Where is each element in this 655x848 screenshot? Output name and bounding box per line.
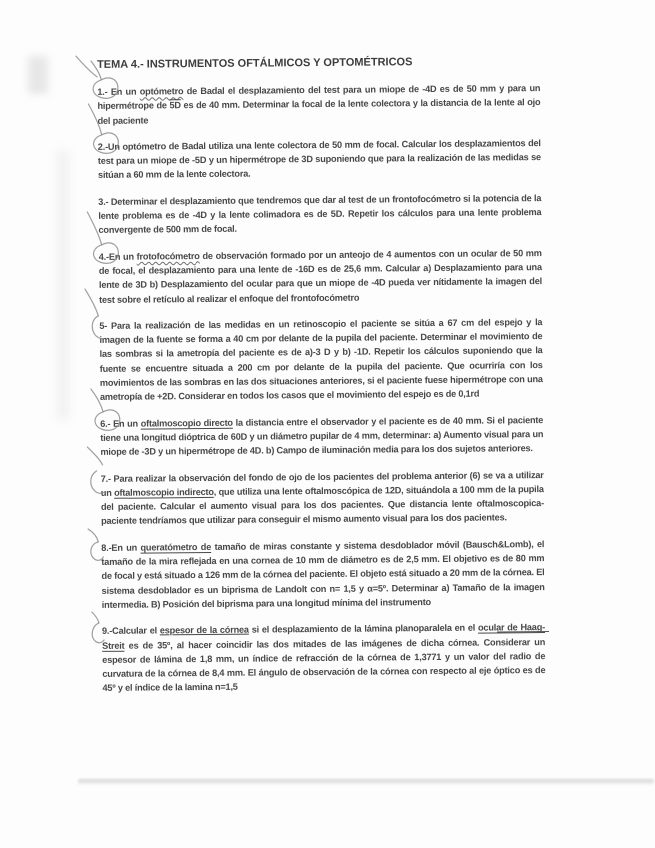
problem-4-text: En un bbox=[109, 251, 137, 261]
problem-7: 7.- Para realizar la observación del fon… bbox=[101, 468, 544, 529]
scan-smudge-top-left bbox=[28, 56, 48, 94]
scanned-document-page: { "page": { "title": "TEMA 4.- INSTRUMEN… bbox=[0, 0, 655, 848]
problem-7-number: 7.- bbox=[101, 471, 111, 485]
pen-underline-extension bbox=[497, 631, 549, 632]
problem-6-text: En un bbox=[110, 418, 140, 428]
underlined-term-oftalmoscopio-directo: oftalmoscopio directo bbox=[141, 417, 233, 428]
problem-6: 6.- En un oftalmoscopio directo la dista… bbox=[100, 413, 543, 460]
problem-1-text: En un bbox=[107, 87, 139, 97]
document-title-text: TEMA 4.- INSTRUMENTOS OFTÁLMICOS Y OPTOM… bbox=[97, 56, 412, 71]
scan-smudge-left-margin bbox=[57, 150, 69, 420]
problem-5-number: 5- bbox=[99, 319, 107, 333]
problem-4-number: 4.- bbox=[99, 250, 109, 264]
problem-1-number: 1.- bbox=[97, 85, 107, 99]
problem-6-number: 6.- bbox=[100, 416, 110, 430]
problem-8-number: 8.- bbox=[101, 541, 111, 555]
overlined-value-5d: 5D bbox=[169, 101, 180, 111]
paper-background: TEMA 4.- INSTRUMENTOS OFTÁLMICOS Y OPTOM… bbox=[0, 0, 655, 848]
underlined-term-frotofocometro: frotofocómetro bbox=[137, 251, 200, 262]
scan-shadow-bottom-edge bbox=[78, 779, 654, 785]
problem-2: 2.-Un optómetro de Badal utiliza una len… bbox=[98, 136, 541, 183]
problem-5-text: Para la realización de las medidas en un… bbox=[99, 317, 542, 402]
problem-8: 8.-En un queratómetro de tamaño de miras… bbox=[101, 537, 545, 612]
document-body: TEMA 4.- INSTRUMENTOS OFTÁLMICOS Y OPTOM… bbox=[97, 55, 546, 708]
underlined-term-oftalmoscopio-indirecto: oftalmoscopio indirecto bbox=[114, 487, 214, 498]
problem-4: 4.-En un frotofocómetro de observación f… bbox=[99, 246, 542, 307]
problem-8-text: En un bbox=[111, 542, 140, 552]
problem-1: 1.- En un optómetro de Badal el desplaza… bbox=[97, 81, 540, 128]
problem-9-text: Calcular el bbox=[112, 626, 160, 636]
problem-3-text: Determinar el desplazamiento que tendrem… bbox=[98, 193, 541, 235]
problem-5: 5- Para la realización de las medidas en… bbox=[99, 315, 543, 405]
problem-3: 3.- Determinar el desplazamiento que ten… bbox=[98, 191, 541, 238]
underlined-term-queratometro: queratómetro de bbox=[140, 542, 211, 553]
problem-2-text: Un optómetro de Badal utiliza una lente … bbox=[98, 138, 541, 180]
problem-2-number: 2.- bbox=[98, 140, 108, 154]
problem-3-number: 3.- bbox=[98, 195, 108, 209]
problem-9-number: 9.- bbox=[102, 624, 112, 638]
problem-9-text: si el desplazamiento de la lámina planop… bbox=[249, 623, 478, 635]
problem-9-text: es de 35º, al hacer coincidir las dos mi… bbox=[102, 637, 545, 694]
underlined-term-espesor-cornea: espesor de la córnea bbox=[160, 625, 249, 636]
document-title: TEMA 4.- INSTRUMENTOS OFTÁLMICOS Y OPTOM… bbox=[97, 55, 540, 71]
problem-9: 9.-Calcular el espesor de la córnea si e… bbox=[102, 620, 546, 695]
underlined-term-optometro: optómetro bbox=[140, 86, 184, 96]
